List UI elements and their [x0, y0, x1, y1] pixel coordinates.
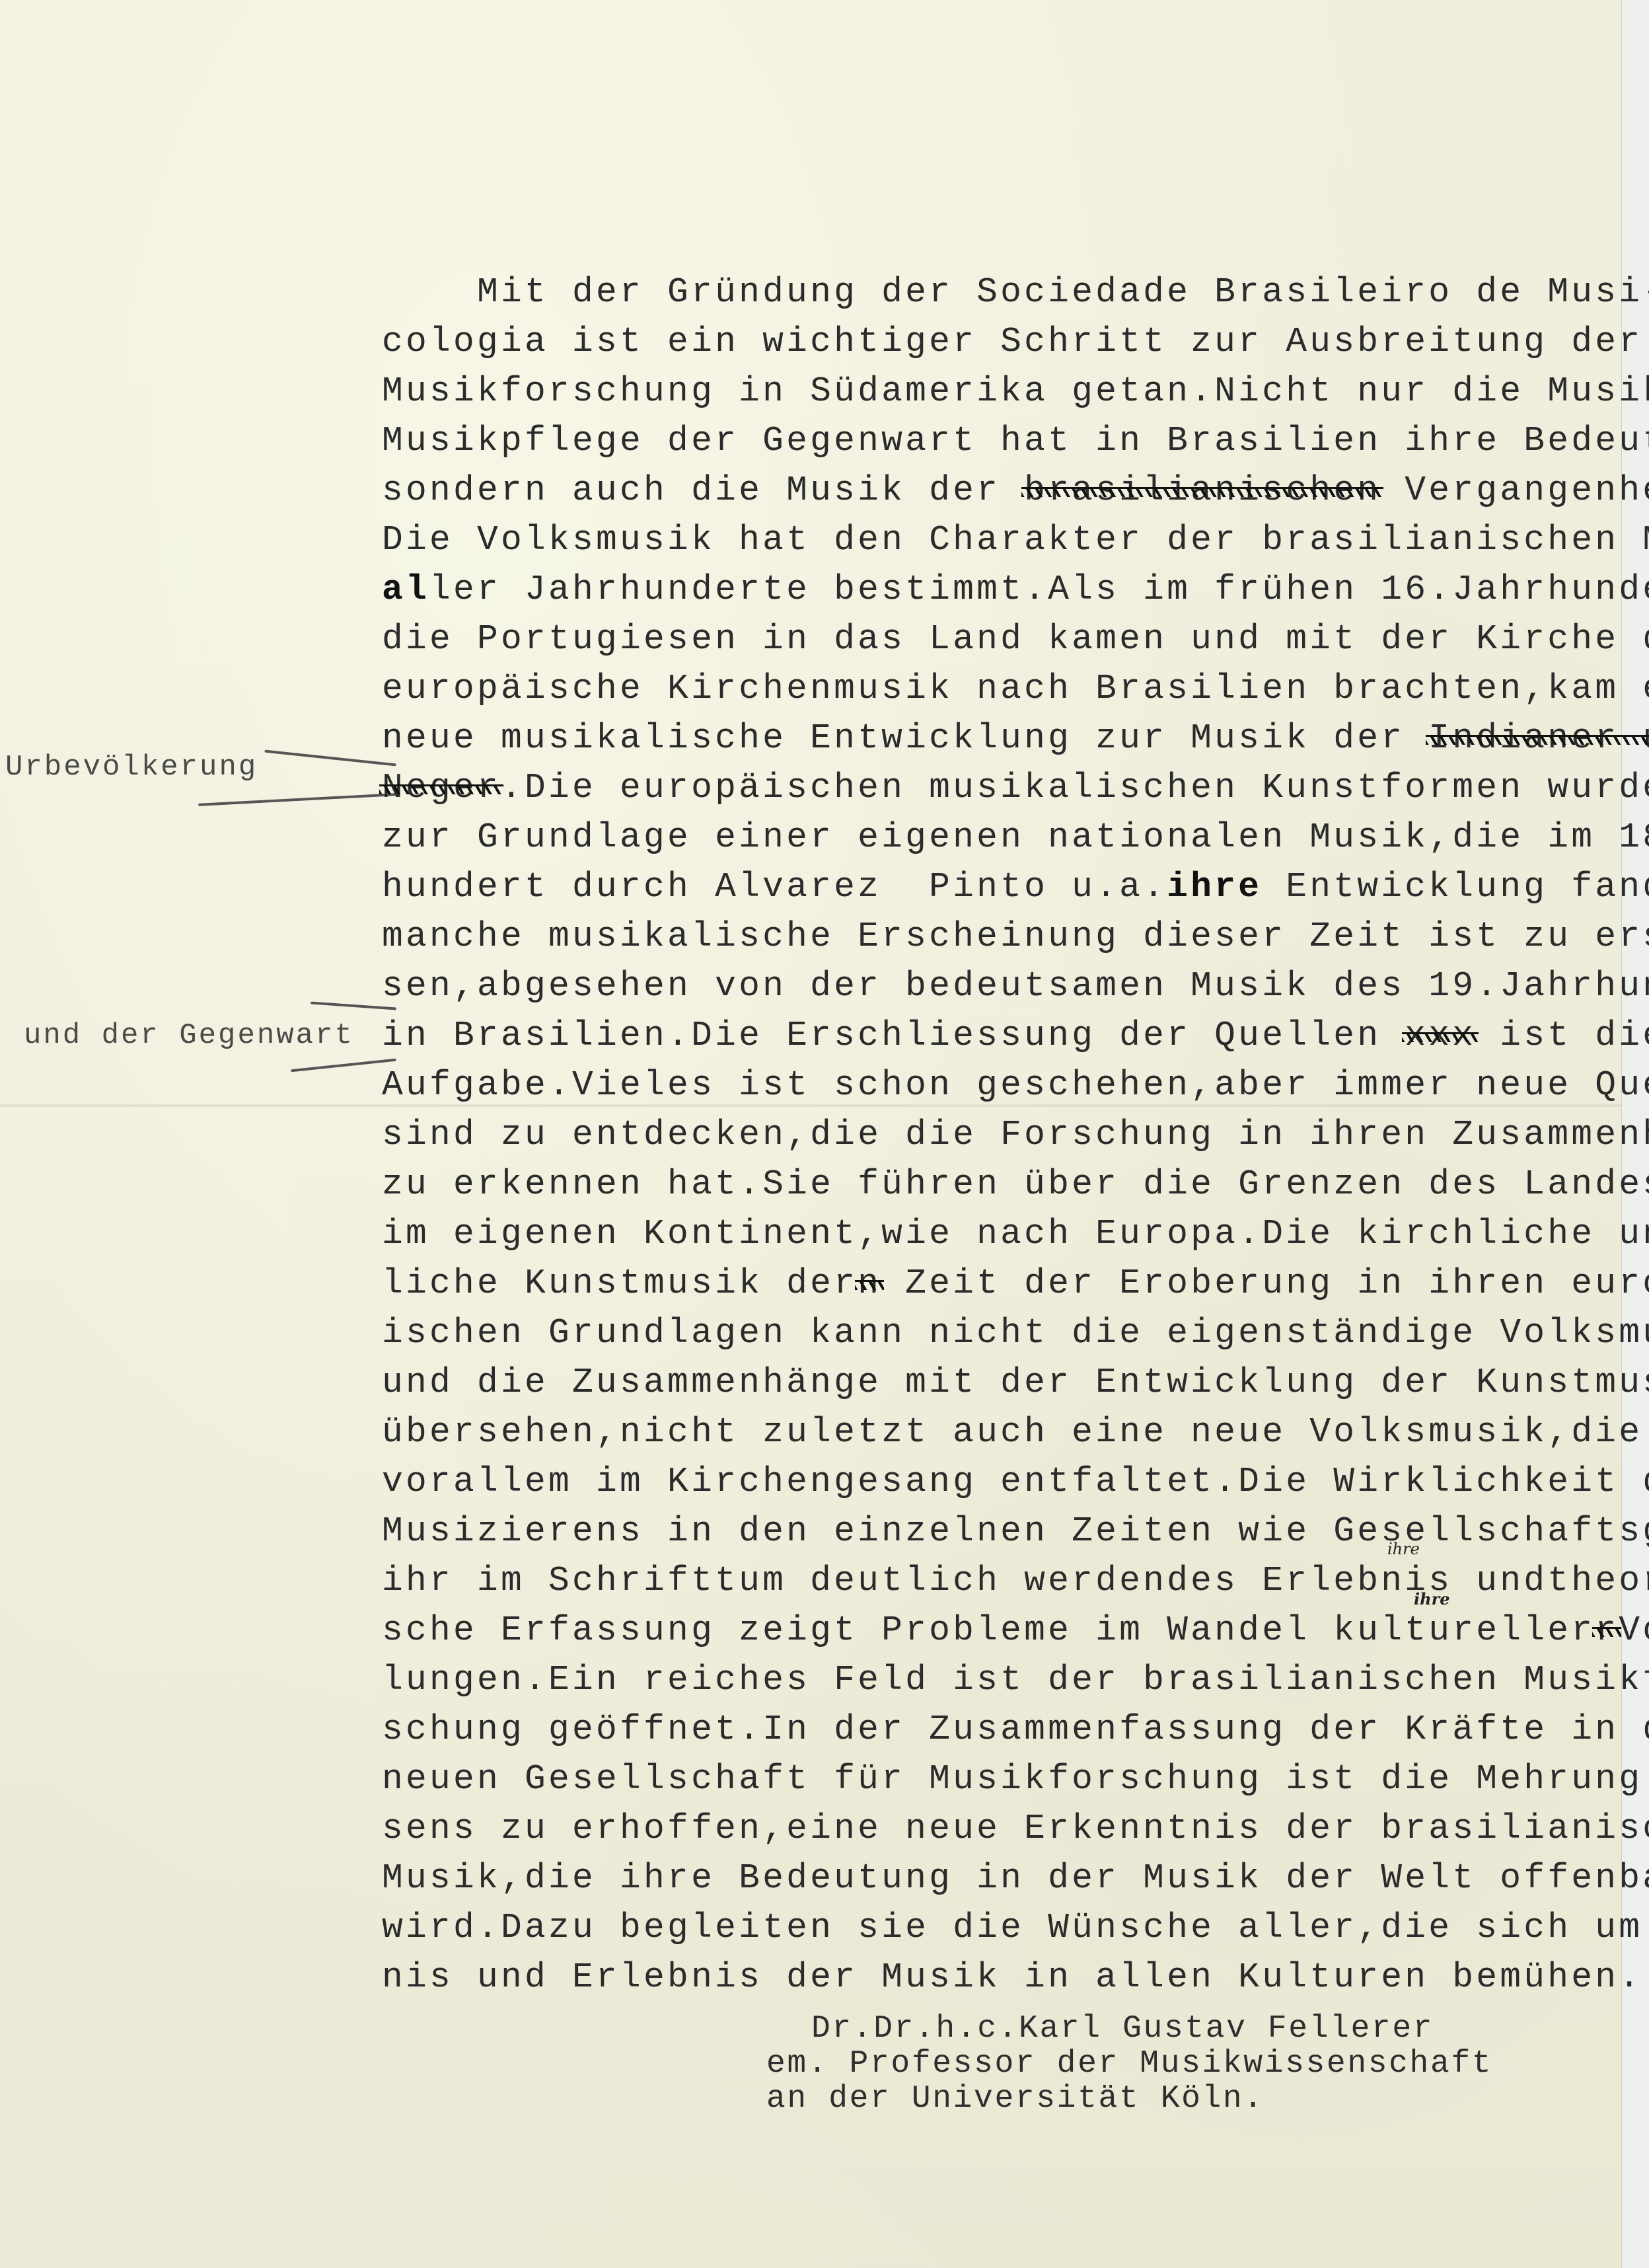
text-line-9: europäische Kirchenmusik nach Brasilien …: [382, 669, 1649, 708]
text-line-27: ihr im Schrifttum deutlich werdendes Erl…: [382, 1561, 1649, 1601]
struck-word: brasilianischen: [1024, 471, 1381, 510]
text-segment: neue musikalische Entwicklung zur Musik …: [382, 718, 1428, 758]
text-segment: Vergangenheit.: [1381, 471, 1649, 510]
handwritten-insertion: ihre: [1387, 1540, 1420, 1558]
text-line-3: Musikforschung in Südamerika getan.Nicht…: [382, 371, 1649, 411]
text-line-24: übersehen,nicht zuletzt auch eine neue V…: [382, 1412, 1649, 1452]
text-segment: liche Kunstmusik der: [382, 1264, 858, 1303]
margin-note-gegenwart: und der Gegenwart: [24, 1019, 354, 1052]
text-line-19: zu erkennen hat.Sie führen über die Gren…: [382, 1164, 1649, 1204]
signature-institution: an der Universität Köln.: [766, 2079, 1264, 2119]
text-line-16: in Brasilien.Die Erschliessung der Quell…: [382, 1016, 1649, 1055]
text-segment: in Brasilien.Die Erschliessung der Quell…: [382, 1016, 1405, 1055]
text-line-17: Aufgabe.Vieles ist schon geschehen,aber …: [382, 1065, 1649, 1105]
overtyped-word: al: [382, 570, 429, 609]
text-line-18: sind zu entdecken,die die Forschung in i…: [382, 1115, 1649, 1154]
text-line-1: Mit der Gründung der Sociedade Brasileir…: [382, 272, 1649, 312]
text-line-15: sen,abgesehen von der bedeutsamen Musik …: [382, 966, 1649, 1006]
text-line-21: liche Kunstmusik dern Zeit der Eroberung…: [382, 1264, 1649, 1303]
text-line-30: schung geöffnet.In der Zusammenfassung d…: [382, 1710, 1649, 1749]
text-segment: Entwicklung fand.Noch: [1262, 867, 1649, 907]
handwritten-insertion: ihre: [1414, 1589, 1449, 1608]
text-line-34: wird.Dazu begleiten sie die Wünsche alle…: [382, 1908, 1649, 1947]
text-segment: ler Jahrhunderte bestimmt.Als im frühen …: [429, 570, 1649, 609]
overtyped-word: ihre: [1167, 867, 1262, 907]
text-line-6: Die Volksmusik hat den Charakter der bra…: [382, 520, 1649, 560]
text-line-26: Musizierens in den einzelnen Zeiten wie …: [382, 1511, 1649, 1551]
text-line-12: zur Grundlage einer eigenen nationalen M…: [382, 817, 1649, 857]
struck-word: Neger: [382, 768, 501, 808]
text-segment: .Die europäischen musikalischen Kunstfor…: [501, 768, 1649, 808]
text-line-20: im eigenen Kontinent,wie nach Europa.Die…: [382, 1214, 1649, 1254]
text-line-4: Musikpflege der Gegenwart hat in Brasili…: [382, 421, 1649, 461]
text-line-35: nis und Erlebnis der Musik in allen Kult…: [382, 1957, 1642, 1997]
insertion-line-lower: [198, 793, 396, 806]
text-line-32: sens zu erhoffen,eine neue Erkenntnis de…: [382, 1809, 1649, 1848]
text-line-29: lungen.Ein reiches Feld ist der brasilia…: [382, 1660, 1649, 1700]
text-line-33: Musik,die ihre Bedeutung in der Musik de…: [382, 1858, 1649, 1898]
text-line-28: sche Erfassung zeigt Probleme im Wandel …: [382, 1610, 1649, 1650]
insertion-line-upper: [264, 750, 396, 767]
text-segment: Zeit der Eroberung in ihren europä-: [881, 1264, 1649, 1303]
struck-letter: r: [1595, 1610, 1619, 1650]
text-line-5: sondern auch die Musik der brasilianisch…: [382, 471, 1649, 510]
text-line-7: aller Jahrhunderte bestimmt.Als im frühe…: [382, 570, 1649, 609]
struck-letter: n: [858, 1264, 881, 1303]
text-line-25: vorallem im Kirchengesang entfaltet.Die …: [382, 1462, 1649, 1501]
text-segment: ist die erste: [1476, 1016, 1649, 1055]
text-line-10: neue musikalische Entwicklung zur Musik …: [382, 718, 1649, 758]
typewritten-page: Urbevölkerung und der Gegenwart Mit der …: [0, 0, 1622, 2268]
text-line-8: die Portugiesen in das Land kamen und mi…: [382, 619, 1649, 659]
insertion-line-lower-2: [291, 1059, 396, 1073]
margin-note-urbevoelkerung: Urbevölkerung: [5, 751, 258, 784]
text-segment: theoreti-: [1547, 1561, 1649, 1601]
struck-word: Indianer und: [1428, 718, 1649, 758]
text-line-14: manche musikalische Erscheinung dieser Z…: [382, 917, 1649, 956]
text-line-13: hundert durch Alvarez Pinto u.a.ihre Ent…: [382, 867, 1649, 907]
text-line-31: neuen Gesellschaft für Musikforschung is…: [382, 1759, 1649, 1799]
text-line-2: cologia ist ein wichtiger Schritt zur Au…: [382, 322, 1642, 361]
text-segment: hundert durch Alvarez Pinto u.a.: [382, 867, 1167, 907]
signature-title: em. Professor der Musikwissenschaft: [766, 2044, 1492, 2084]
text-segment: sche Erfassung zeigt Probleme im Wandel …: [382, 1610, 1595, 1650]
text-line-22: ischen Grundlagen kann nicht die eigenst…: [382, 1313, 1649, 1353]
text-segment: sondern auch die Musik der: [382, 471, 1024, 510]
text-segment: Vorstel-: [1619, 1610, 1649, 1650]
text-segment: ihr im Schrifttum deutlich werdendes Erl…: [382, 1561, 1547, 1601]
struck-word: xxx: [1405, 1016, 1476, 1055]
text-line-11: Neger.Die europäischen musikalischen Kun…: [382, 768, 1649, 808]
text-line-23: und die Zusammenhänge mit der Entwicklun…: [382, 1363, 1649, 1402]
signature-name: Dr.Dr.h.c.Karl Gustav Fellerer: [811, 2009, 1434, 2049]
